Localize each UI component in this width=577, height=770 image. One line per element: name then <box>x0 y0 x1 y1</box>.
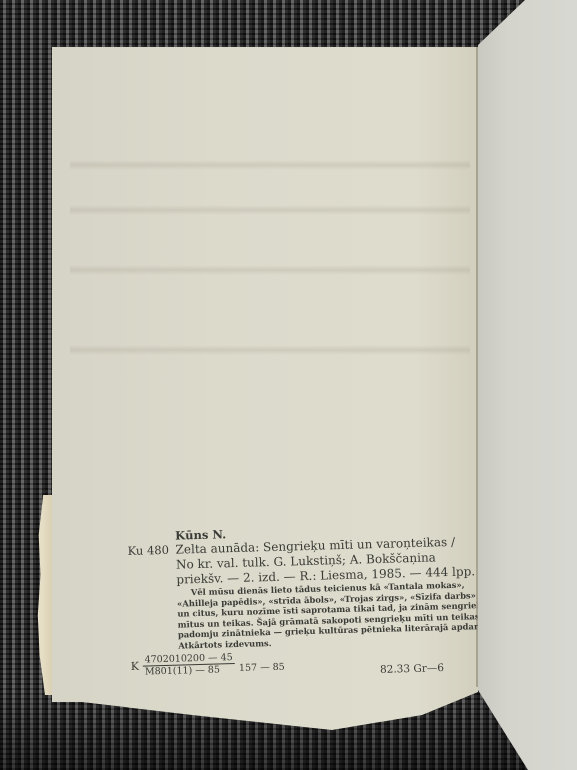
code-fraction: 4702010200 — 45 M801(11) — 85 <box>142 652 235 678</box>
page-wrinkle <box>70 265 470 275</box>
classification-code: 82.33 Gr—6 <box>380 662 444 676</box>
annotation: Vēl mūsu dienās lieto tādus teicienus kā… <box>177 579 479 650</box>
code-suffix: 157 — 85 <box>239 662 285 674</box>
page-wrinkle <box>70 345 470 355</box>
right-book-page <box>478 0 577 770</box>
page-wrinkle <box>70 160 470 170</box>
bibliographic-record: Kūns N. Ku 480 Zelta aunāda: Sengrieķu m… <box>127 520 476 678</box>
shelf-mark: Ku 480 <box>127 543 175 559</box>
page-wrinkle <box>70 205 470 215</box>
torn-page-edge <box>36 495 54 695</box>
code-prefix: K <box>131 660 143 673</box>
